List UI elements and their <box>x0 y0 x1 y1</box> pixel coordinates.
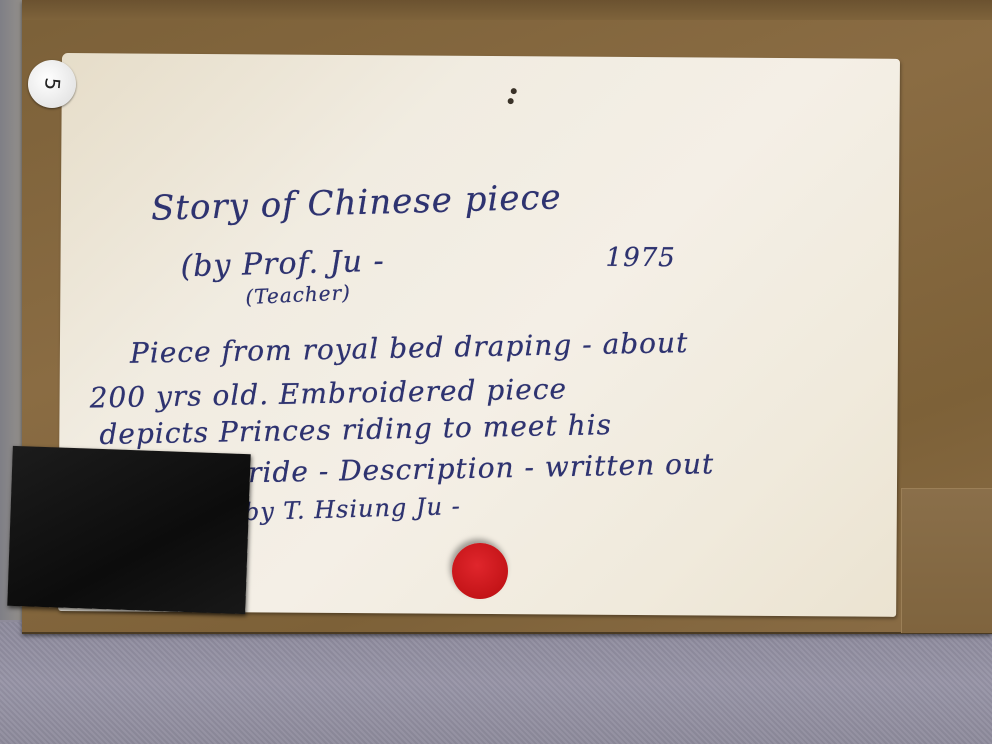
note-body-line: bride - Description - written out <box>229 447 715 489</box>
number-tag: 5 <box>28 60 76 108</box>
note-year: 1975 <box>605 243 675 273</box>
pin-holes <box>502 84 522 114</box>
fabric-surface <box>0 622 992 744</box>
note-title: Story of Chinese piece <box>150 177 562 228</box>
note-author-line: (by Prof. Ju - <box>180 244 385 285</box>
note-body-line: 200 yrs old. Embroidered piece <box>89 372 567 414</box>
cardboard-flap <box>901 488 992 633</box>
red-dot-sticker <box>452 543 508 599</box>
cardboard-edge <box>22 0 992 20</box>
note-body-line: by T. Hsiung Ju - <box>243 492 461 526</box>
note-body-line: Piece from royal bed draping - about <box>130 326 689 370</box>
note-teacher: (Teacher) <box>245 280 352 309</box>
black-fabric-patch <box>7 446 250 614</box>
note-body-line: depicts Princes riding to meet his <box>99 408 612 451</box>
number-tag-label: 5 <box>39 77 64 92</box>
